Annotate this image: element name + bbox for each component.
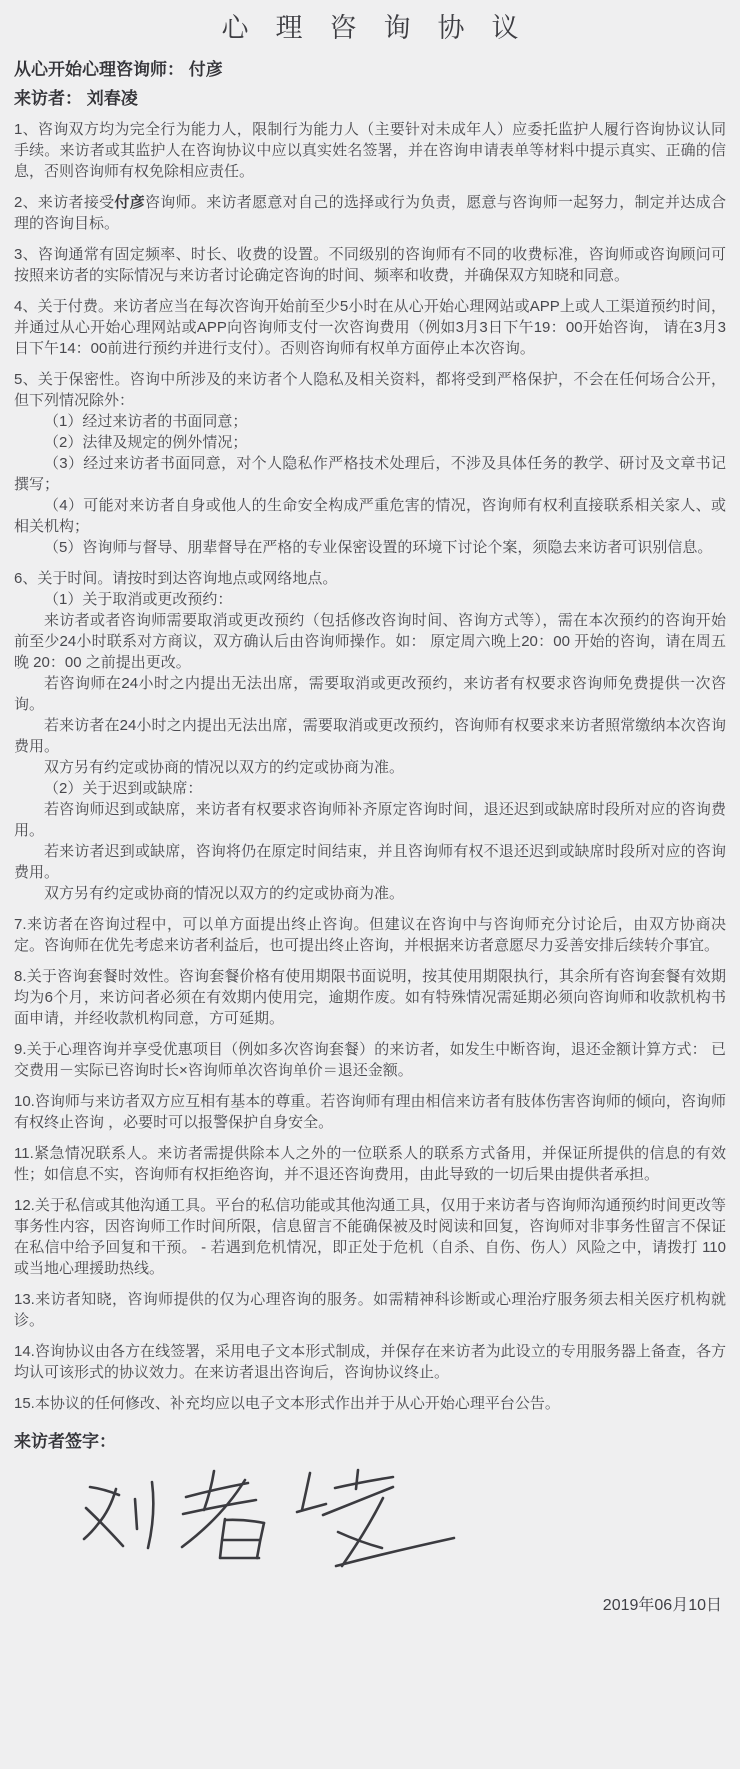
- clause-6-para-4: 双方另有约定或协商的情况以双方的约定或协商为准。: [14, 757, 726, 778]
- handwritten-signature-drawing: [70, 1462, 470, 1574]
- clause-5-item-4: （4）可能对来访者自身或他人的生命安全构成严重危害的情况，咨询师有权利直接联系相…: [14, 495, 726, 537]
- clause-6-para-3: 若来访者在24小时之内提出无法出席，需要取消或更改预约，咨询师有权要求来访者照常…: [14, 715, 726, 757]
- clause-8: 8.关于咨询套餐时效性。咨询套餐价格有使用期限书面说明，按其使用期限执行，其余所…: [14, 966, 726, 1029]
- clause-6-item-2: （2）关于迟到或缺席：: [14, 778, 726, 799]
- clause-14: 14.咨询协议由各方在线签署，采用电子文本形式制成，并保存在来访者为此设立的专用…: [14, 1341, 726, 1383]
- visitor-line: 来访者： 刘春凌: [14, 88, 726, 109]
- clause-11: 11.紧急情况联系人。来访者需提供除本人之外的一位联系人的联系方式备用，并保证所…: [14, 1143, 726, 1185]
- clause-5-item-5: （5）咨询师与督导、朋辈督导在严格的专业保密设置的环境下讨论个案，须隐去来访者可…: [14, 537, 726, 558]
- clause-9: 9.关于心理咨询并享受优惠项目（例如多次咨询套餐）的来访者，如发生中断咨询，退还…: [14, 1039, 726, 1081]
- clause-10: 10.咨询师与来访者双方应互相有基本的尊重。若咨询师有理由相信来访者有肢体伤害咨…: [14, 1091, 726, 1133]
- clause-1: 1、咨询双方均为完全行为能力人，限制行为能力人（主要针对未成年人）应委托监护人履…: [14, 119, 726, 182]
- clause-2-pre: 2、来访者接受: [14, 194, 114, 211]
- clause-13: 13.来访者知晓，咨询师提供的仅为心理咨询的服务。如需精神科诊断或心理治疗服务须…: [14, 1289, 726, 1331]
- clause-6: 6、关于时间。请按时到达咨询地点或网络地点。 （1）关于取消或更改预约： 来访者…: [14, 568, 726, 904]
- clause-6-para-1: 来访者或者咨询师需要取消或更改预约（包括修改咨询时间、咨询方式等），需在本次预约…: [14, 610, 726, 673]
- clause-5-item-3: （3）经过来访者书面同意，对个人隐私作严格技术处理后，不涉及具体任务的教学、研讨…: [14, 453, 726, 495]
- clause-6-para-7: 双方另有约定或协商的情况以双方的约定或协商为准。: [14, 883, 726, 904]
- clause-6-para-5: 若咨询师迟到或缺席，来访者有权要求咨询师补齐原定咨询时间，退还迟到或缺席时段所对…: [14, 799, 726, 841]
- clause-2: 2、来访者接受付彦咨询师。来访者愿意对自己的选择或行为负责，愿意与咨询师一起努力…: [14, 192, 726, 234]
- clause-3: 3、咨询通常有固定频率、时长、收费的设置。不同级别的咨询师有不同的收费标准，咨询…: [14, 244, 726, 286]
- counselor-line: 从心开始心理咨询师： 付彦: [14, 59, 726, 80]
- clause-4: 4、关于付费。来访者应当在每次咨询开始前至少5小时在从心开始心理网站或APP上或…: [14, 296, 726, 359]
- clause-5-item-2: （2）法律及规定的例外情况；: [14, 432, 726, 453]
- signature-label: 来访者签字：: [14, 1431, 726, 1452]
- clause-5: 5、关于保密性。咨询中所涉及的来访者个人隐私及相关资料，都将受到严格保护，不会在…: [14, 369, 726, 558]
- clause-6-para-2: 若咨询师在24小时之内提出无法出席，需要取消或更改预约，来访者有权要求咨询师免费…: [14, 673, 726, 715]
- clause-6-para-6: 若来访者迟到或缺席，咨询将仍在原定时间结束，并且咨询师有权不退还迟到或缺席时段所…: [14, 841, 726, 883]
- signature-date: 2019年06月10日: [14, 1596, 726, 1616]
- signature-area: [70, 1462, 726, 1574]
- clause-12: 12.关于私信或其他沟通工具。平台的私信功能或其他沟通工具，仅用于来访者与咨询师…: [14, 1195, 726, 1279]
- counselor-name-bold: 付彦: [114, 194, 145, 211]
- clause-15: 15.本协议的任何修改、补充均应以电子文本形式作出并于从心开始心理平台公告。: [14, 1393, 726, 1414]
- clause-6-item-1: （1）关于取消或更改预约：: [14, 589, 726, 610]
- page-title: 心 理 咨 询 协 议: [14, 10, 726, 46]
- agreement-page: 心 理 咨 询 协 议 从心开始心理咨询师： 付彦 来访者： 刘春凌 1、咨询双…: [0, 0, 740, 1769]
- clause-5-item-1: （1）经过来访者的书面同意；: [14, 411, 726, 432]
- clause-7: 7.来访者在咨询过程中，可以单方面提出终止咨询。但建议在咨询中与咨询师充分讨论后…: [14, 914, 726, 956]
- agreement-document: 心 理 咨 询 协 议 从心开始心理咨询师： 付彦 来访者： 刘春凌 1、咨询双…: [0, 0, 740, 1616]
